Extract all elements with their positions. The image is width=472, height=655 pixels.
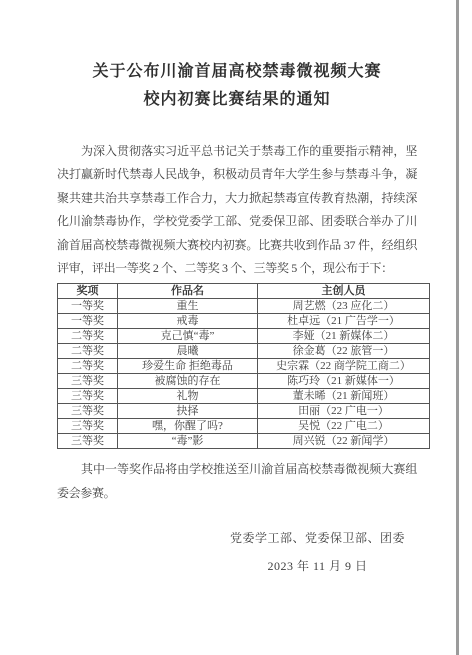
award-cell: 三等奖 [58,389,118,404]
header-work: 作品名 [118,284,258,299]
document-content: 关于公布川渝首届高校禁毒微视频大赛 校内初赛比赛结果的通知 为深入贯彻落实习近平… [0,0,456,578]
creator-cell: 周艺燃（23 应化二） [258,299,430,314]
award-cell: 三等奖 [58,374,118,389]
table-row: 二等奖珍爱生命 拒绝毒品史宗霖（22 商学院工商二） [58,359,430,374]
work-cell: 晨曦 [118,344,258,359]
table-row: 三等奖礼物董未晞（21 新闻班） [58,389,430,404]
table-row: 一等奖戒毒杜卓远（21 广告学一） [58,314,430,329]
creator-cell: 董未晞（21 新闻班） [258,389,430,404]
table-row: 三等奖抉择田丽（22 广电一） [58,404,430,419]
title-line-2: 校内初赛比赛结果的通知 [57,86,417,114]
work-cell: 珍爱生命 拒绝毒品 [118,359,258,374]
table-row: 一等奖重生周艺燃（23 应化二） [58,299,430,314]
creator-cell: 周兴锐（22 新闻学） [258,434,430,449]
work-cell: 礼物 [118,389,258,404]
creator-cell: 徐金葛（22 旅管一） [258,344,430,359]
award-cell: 一等奖 [58,299,118,314]
document-date: 2023 年 11 月 9 日 [230,555,405,578]
work-cell: 抉择 [118,404,258,419]
award-results-table: 奖项 作品名 主创人员 一等奖重生周艺燃（23 应化二）一等奖戒毒杜卓远（21 … [57,283,430,449]
signature-block: 党委学工部、党委保卫部、团委 2023 年 11 月 9 日 [230,527,405,578]
table-row: 二等奖晨曦徐金葛（22 旅管一） [58,344,430,359]
table-header-row: 奖项 作品名 主创人员 [58,284,430,299]
creator-cell: 田丽（22 广电一） [258,404,430,419]
work-cell: 重生 [118,299,258,314]
header-award: 奖项 [58,284,118,299]
table-row: 三等奖嘿，你醒了吗?吴悦（22 广电二） [58,419,430,434]
table-row: 三等奖被腐蚀的存在陈巧玲（21 新媒体一） [58,374,430,389]
work-cell: 被腐蚀的存在 [118,374,258,389]
award-table-body: 一等奖重生周艺燃（23 应化二）一等奖戒毒杜卓远（21 广告学一）二等奖克己慎“… [58,299,430,449]
intro-paragraph: 为深入贯彻落实习近平总书记关于禁毒工作的重要指示精神，坚决打赢新时代禁毒人民战争… [57,140,417,280]
work-cell: 嘿，你醒了吗? [118,419,258,434]
creator-cell: 吴悦（22 广电二） [258,419,430,434]
award-cell: 三等奖 [58,434,118,449]
table-header: 奖项 作品名 主创人员 [58,284,430,299]
award-cell: 二等奖 [58,329,118,344]
award-cell: 一等奖 [58,314,118,329]
creator-cell: 杜卓远（21 广告学一） [258,314,430,329]
work-cell: 戒毒 [118,314,258,329]
work-cell: 克己慎“毒” [118,329,258,344]
signature-departments: 党委学工部、党委保卫部、团委 [230,527,405,550]
creator-cell: 史宗霖（22 商学院工商二） [258,359,430,374]
award-cell: 三等奖 [58,404,118,419]
title-line-1: 关于公布川渝首届高校禁毒微视频大赛 [57,58,417,86]
award-cell: 二等奖 [58,344,118,359]
document-page: 关于公布川渝首届高校禁毒微视频大赛 校内初赛比赛结果的通知 为深入贯彻落实习近平… [0,0,459,655]
work-cell: “毒”影 [118,434,258,449]
table-row: 三等奖“毒”影周兴锐（22 新闻学） [58,434,430,449]
header-creator: 主创人员 [258,284,430,299]
table-row: 二等奖克己慎“毒”李娅（21 新媒体二） [58,329,430,344]
creator-cell: 陈巧玲（21 新媒体一） [258,374,430,389]
closing-paragraph: 其中一等奖作品将由学校推送至川渝首届高校禁毒微视频大赛组委会参赛。 [57,458,417,505]
award-cell: 三等奖 [58,419,118,434]
award-cell: 二等奖 [58,359,118,374]
document-title: 关于公布川渝首届高校禁毒微视频大赛 校内初赛比赛结果的通知 [57,58,417,114]
creator-cell: 李娅（21 新媒体二） [258,329,430,344]
